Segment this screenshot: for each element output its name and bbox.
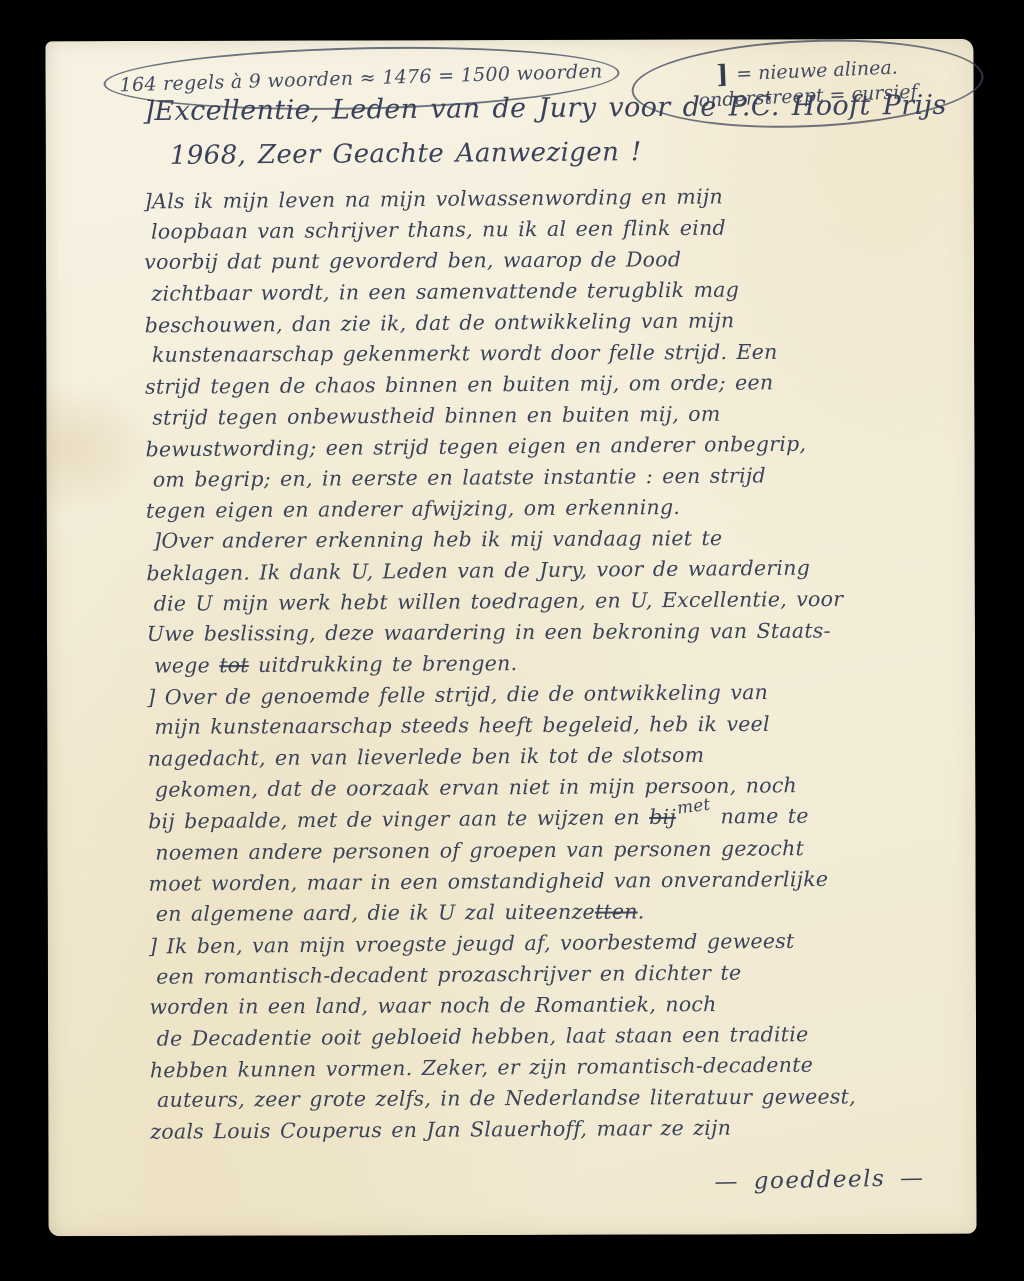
line-segment: wege (154, 653, 219, 677)
struck-out-word: bij (649, 805, 676, 829)
manuscript-body: ]Als ik mijn leven na mijn volwassenword… (144, 180, 961, 1148)
catchword: — goeddeels — (714, 1165, 925, 1195)
manuscript-line: mijn kunstenaarschap steeds heeft begele… (147, 708, 957, 743)
line-segment: . (638, 899, 645, 923)
manuscript-page: 164 regels à 9 woorden ≈ 1476 = 1500 woo… (45, 39, 976, 1236)
manuscript-line: zoals Louis Couperus en Jan Slauerhoff, … (150, 1111, 960, 1148)
manuscript-line: Uwe beslissing, deze waardering in een b… (147, 615, 957, 650)
salutation: ]Excellentie, Leden van de Jury voor de … (143, 83, 947, 179)
manuscript-line: moet worden, maar in een omstandigheid v… (148, 863, 958, 900)
manuscript-line: worden in een land, waar noch de Romanti… (149, 988, 959, 1023)
line-segment: name te (711, 804, 809, 829)
struck-out-letters: tten (595, 899, 638, 923)
salutation-line: 1968, Zeer Geachte Aanwezigen ! (144, 128, 948, 179)
manuscript-line: die U mijn werk hebt willen toedragen, e… (147, 583, 957, 620)
line-segment: en algemene aard, die ik U zal uiteenze (156, 900, 595, 926)
manuscript-line: kunstenaarschap gekenmerkt wordt door fe… (145, 336, 955, 371)
manuscript-line: auteurs, zeer grote zelfs, in de Nederla… (150, 1081, 960, 1116)
line-segment: uitdrukking te brengen. (249, 651, 518, 677)
struck-out-word: tot (219, 653, 249, 677)
inserted-word-above-line: met (675, 789, 712, 824)
line-segment: bij bepaalde, met de vinger aan te wijze… (148, 805, 649, 833)
manuscript-line: een romantisch-decadent prozaschrijver e… (149, 956, 959, 993)
manuscript-line: voorbij dat punt gevorderd ben, waarop d… (144, 243, 954, 278)
manuscript-line: tegen eigen en anderer afwijzing, om erk… (146, 490, 956, 527)
manuscript-line: loopbaan van schrijver thans, nu ik al e… (144, 211, 954, 248)
salutation-line: ]Excellentie, Leden van de Jury voor de … (143, 83, 947, 134)
